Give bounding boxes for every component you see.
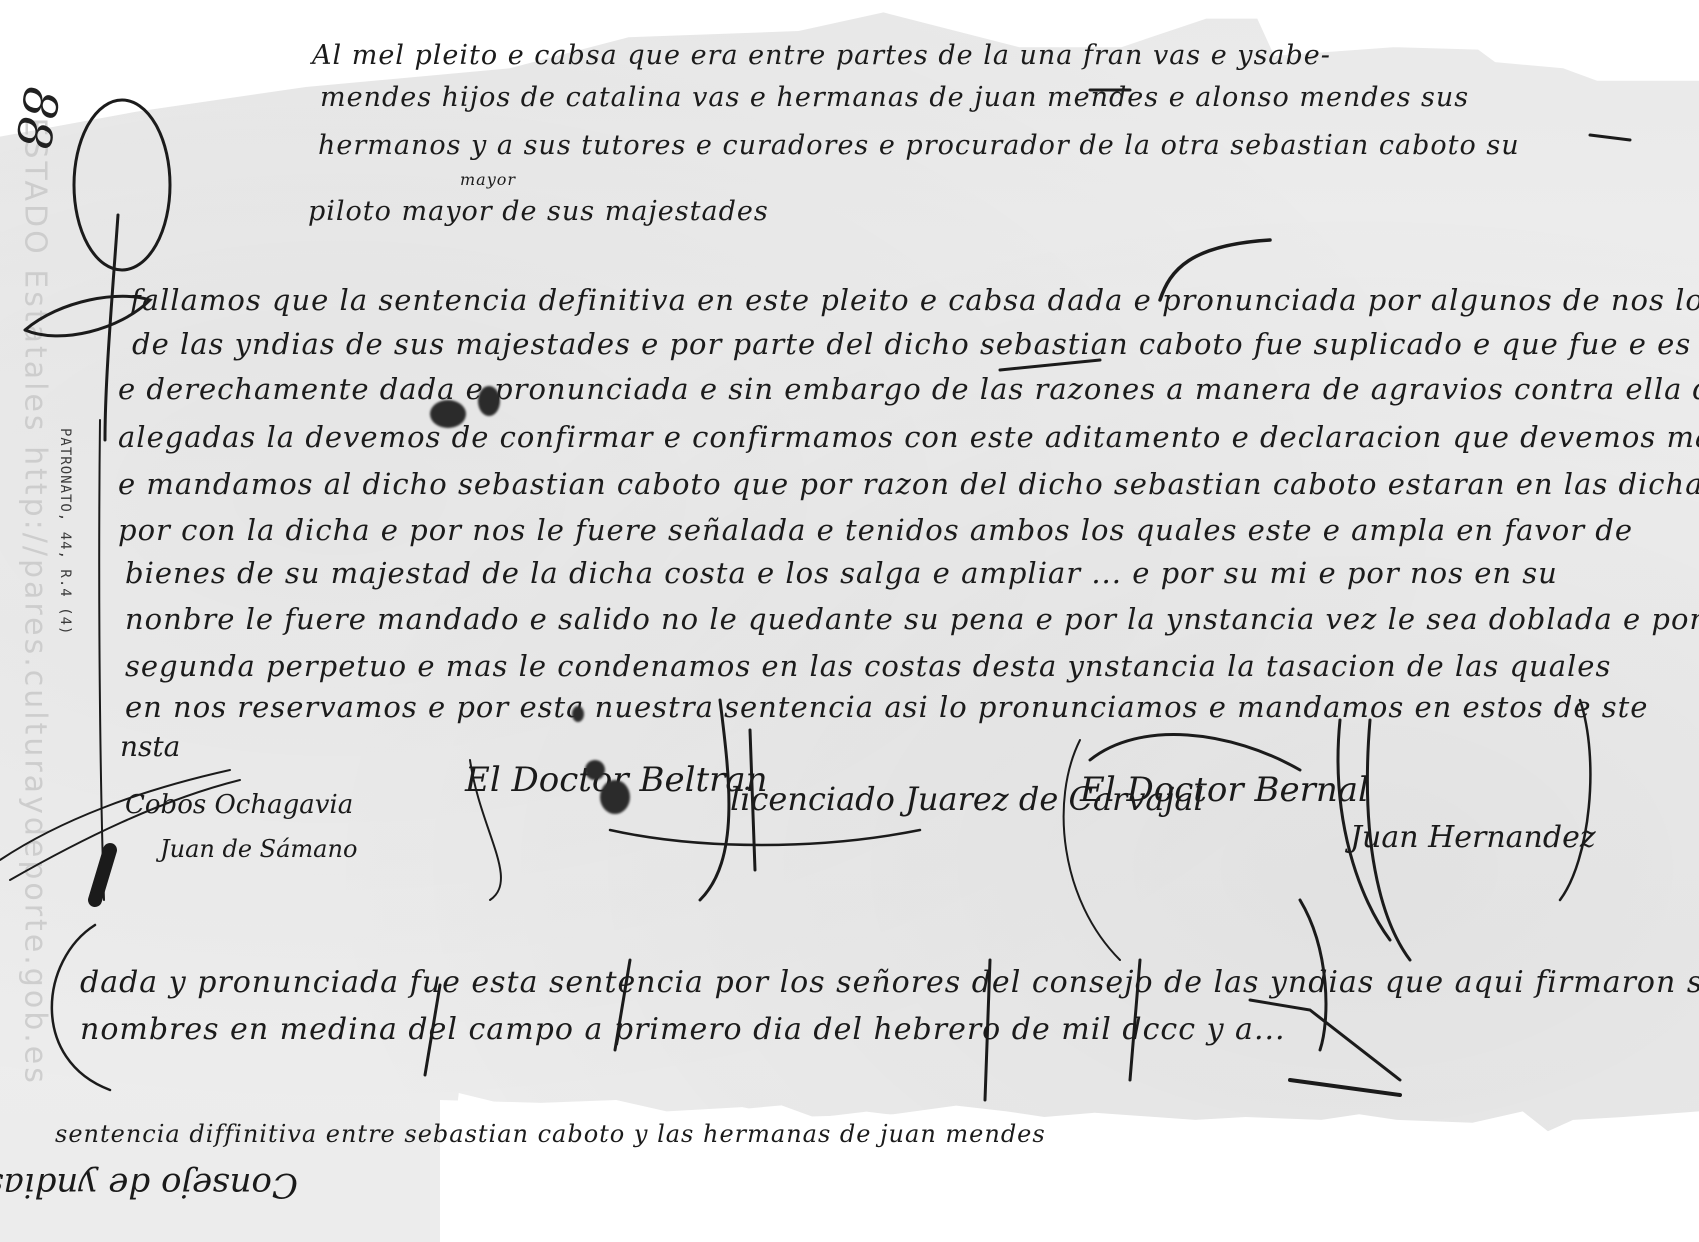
body-line: por con la dicha e por nos le fuere seña… — [118, 513, 1633, 547]
heading-superscript: mayor — [460, 170, 516, 189]
docket-inverted: Consejo de yndias — [0, 1165, 298, 1205]
body-line: e mandamos al dicho sebastian caboto que… — [118, 467, 1699, 501]
signature: Juan Hernandez — [1350, 820, 1596, 855]
ink-blot — [430, 400, 466, 428]
body-line: en nos reservamos e por esta nuestra sen… — [125, 690, 1648, 724]
closing-line: nombres en medina del campo a primero di… — [80, 1012, 1286, 1047]
signature: El Doctor Bernal — [1080, 770, 1369, 810]
heading-line: Al mel pleito e cabsa que era entre part… — [312, 40, 1331, 71]
heading-line: hermanos y a sus tutores e curadores e p… — [318, 130, 1520, 161]
body-line: nonbre le fuere mandado e salido no le q… — [125, 602, 1699, 636]
heading-line: mendes hijos de catalina vas e hermanas … — [320, 82, 1469, 113]
body-line: bienes de su majestad de la dicha costa … — [125, 556, 1558, 590]
archive-watermark: ESTADO Estatales http://pares.culturayde… — [18, 118, 53, 1018]
body-line: alegadas la devemos de confirmar e confi… — [118, 420, 1699, 454]
heading-line: piloto mayor de sus majestades — [308, 196, 769, 227]
closing-line: dada y pronunciada fue esta sentencia po… — [80, 965, 1699, 1000]
ink-blot — [478, 386, 500, 416]
archive-reference: PATRONATO, 44, R.4 (4) — [57, 428, 73, 668]
ink-blot — [572, 706, 584, 722]
body-line: de las yndias de sus majestades e por pa… — [132, 327, 1699, 361]
margin-note: nsta — [120, 730, 180, 763]
body-line: fallamos que la sentencia definitiva en … — [130, 283, 1699, 317]
margin-signature: Cobos Ochagavia — [125, 790, 353, 820]
body-line: e derechamente dada e pronunciada e sin … — [118, 372, 1699, 406]
body-line: segunda perpetuo e mas le condenamos en … — [125, 649, 1611, 683]
folio-number: 88 — [4, 83, 70, 153]
docket-footer: sentencia diffinitiva entre sebastian ca… — [55, 1120, 1046, 1148]
margin-signature: Juan de Sámano — [160, 835, 357, 863]
ink-blot — [600, 780, 630, 814]
ink-blot — [585, 760, 605, 780]
